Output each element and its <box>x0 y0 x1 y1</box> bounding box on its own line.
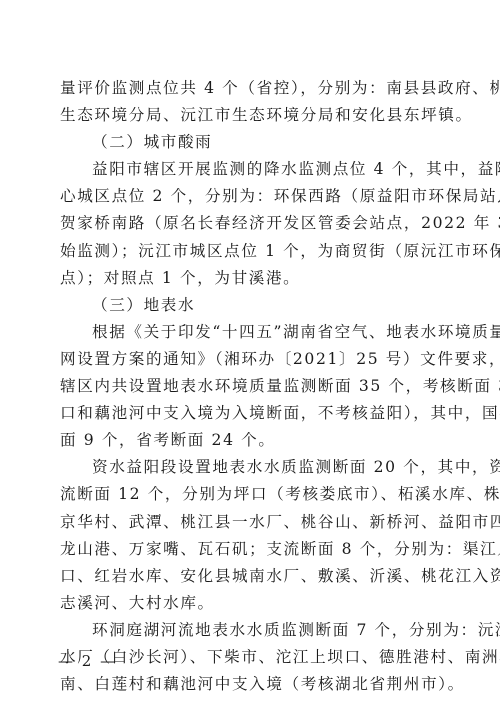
section-heading-surface-water: （三）地表水 <box>60 292 432 319</box>
text-line: 口、红岩水库、安化县城南水厂、敷溪、沂溪、桃花江入资江口、 <box>60 563 432 590</box>
text-line: 面 9 个，省考断面 24 个。 <box>60 427 432 454</box>
text-line: 贺家桥南路（原名长春经济开发区管委会站点，2022 年 3 月开 <box>60 210 432 237</box>
text-line: 益阳市辖区开展监测的降水监测点位 4 个，其中，益阳市中 <box>60 156 432 183</box>
text-line: 生态环境分局、沅江市生态环境分局和安化县东坪镇。 <box>60 102 432 129</box>
page-number: — 2 — <box>58 652 117 670</box>
text-line: 辖区内共设置地表水环境质量监测断面 35 个，考核断面 33 个（坪 <box>60 373 432 400</box>
document-body: 量评价监测点位共 4 个（省控），分别为：南县县政府、桃江县 生态环境分局、沅江… <box>60 75 432 698</box>
text-line: 京华村、武潭、桃江县一水厂、桃谷山、新桥河、益阳市四水厂、 <box>60 509 432 536</box>
text-line: 点）；对照点 1 个，为甘溪港。 <box>60 265 432 292</box>
text-line: 环洞庭湖河流地表水水质监测断面 7 个，分别为：沅江市三 <box>60 617 432 644</box>
text-line: 心城区点位 2 个，分别为：环保西路（原益阳市环保局站点）、 <box>60 183 432 210</box>
text-line: 志溪河、大村水库。 <box>60 590 432 617</box>
text-line: 始监测）；沅江市城区点位 1 个，为商贸街（原沅江市环保局站 <box>60 238 432 265</box>
text-line: 网设置方案的通知》（湘环办〔2021〕25 号）文件要求，益阳市 <box>60 346 432 373</box>
section-heading-acid-rain: （二）城市酸雨 <box>60 129 432 156</box>
text-line: 口和藕池河中支入境为入境断面，不考核益阳），其中，国考断 <box>60 400 432 427</box>
text-line: 流断面 12 个，分别为坪口（考核娄底市）、柘溪水库、株溪口、 <box>60 481 432 508</box>
text-line: 量评价监测点位共 4 个（省控），分别为：南县县政府、桃江县 <box>60 75 432 102</box>
text-line: 根据《关于印发“十四五”湖南省空气、地表水环境质量监测 <box>60 319 432 346</box>
text-line: 资水益阳段设置地表水水质监测断面 20 个，其中，资江干 <box>60 454 432 481</box>
text-line: 龙山港、万家嘴、瓦石矶；支流断面 8 个，分别为：渠江入资江 <box>60 536 432 563</box>
text-line: 南、白莲村和藕池河中支入境（考核湖北省荆州市）。 <box>60 671 432 698</box>
